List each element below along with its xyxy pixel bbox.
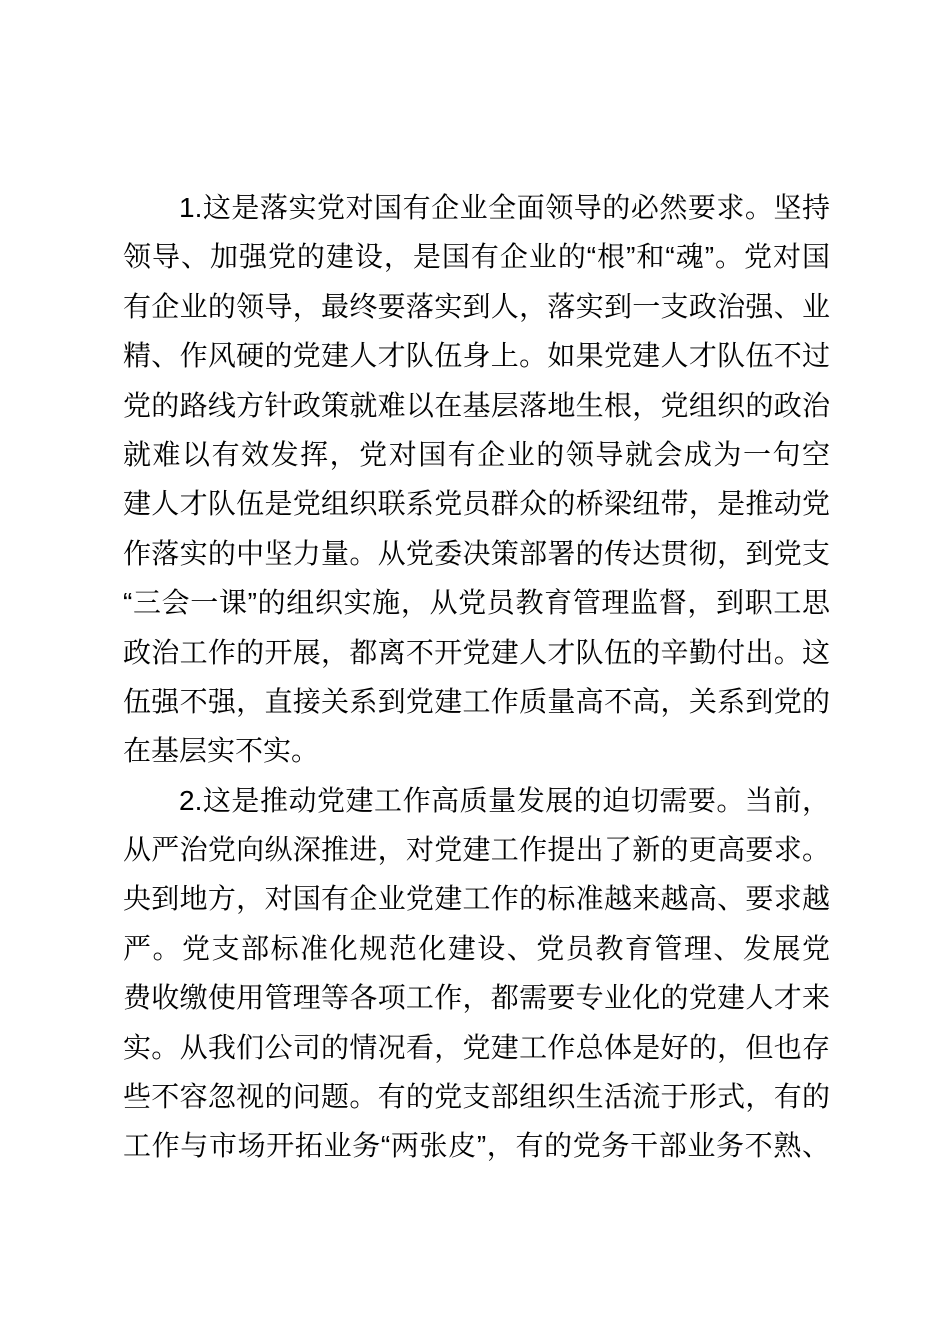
- text-line: 政治工作的开展，都离不开党建人才队伍的辛勤付出。这支队: [123, 628, 830, 677]
- text-line: 在基层实不实。: [123, 726, 830, 775]
- text-line: 央到地方，对国有企业党建工作的标准越来越高、要求越来越: [123, 874, 830, 923]
- text-line: “三会一课”的组织实施，从党员教育管理监督，到职工思想: [123, 578, 830, 627]
- text-line: 作落实的中坚力量。从党委决策部署的传达贯彻，到党支部: [123, 529, 830, 578]
- text-line: 从严治党向纵深推进，对党建工作提出了新的更高要求。从中: [123, 825, 830, 874]
- text-line: 精、作风硬的党建人才队伍身上。如果党建人才队伍不过硬，: [123, 331, 830, 380]
- text-line: 费收缴使用管理等各项工作，都需要专业化的党建人才来落: [123, 973, 830, 1022]
- text-line: 领导、加强党的建设，是国有企业的“根”和“魂”。党对国: [123, 232, 830, 281]
- text-line: 伍强不强，直接关系到党建工作质量高不高，关系到党的领导: [123, 677, 830, 726]
- text-line: 建人才队伍是党组织联系党员群众的桥梁纽带，是推动党建工: [123, 479, 830, 528]
- text-line: 党的路线方针政策就难以在基层落地生根，党组织的政治功能: [123, 381, 830, 430]
- text-line: 些不容忽视的问题。有的党支部组织生活流于形式，有的党建: [123, 1072, 830, 1121]
- text-line: 工作与市场开拓业务“两张皮”，有的党务干部业务不熟、能: [123, 1121, 830, 1170]
- document-body: 1.这是落实党对国有企业全面领导的必然要求。坚持党的领导、加强党的建设，是国有企…: [123, 183, 830, 1171]
- text-line: 2.这是推动党建工作高质量发展的迫切需要。当前，全面: [123, 776, 830, 825]
- document-page: 1.这是落实党对国有企业全面领导的必然要求。坚持党的领导、加强党的建设，是国有企…: [0, 0, 950, 1344]
- text-line: 有企业的领导，最终要落实到人，落实到一支政治强、业务: [123, 282, 830, 331]
- paragraph: 1.这是落实党对国有企业全面领导的必然要求。坚持党的领导、加强党的建设，是国有企…: [123, 183, 830, 776]
- text-line: 严。党支部标准化规范化建设、党员教育管理、发展党员、党: [123, 924, 830, 973]
- text-line: 就难以有效发挥，党对国有企业的领导就会成为一句空话。党: [123, 430, 830, 479]
- text-line: 实。从我们公司的情况看，党建工作总体是好的，但也存在一: [123, 1023, 830, 1072]
- text-line: 1.这是落实党对国有企业全面领导的必然要求。坚持党的: [123, 183, 830, 232]
- paragraph: 2.这是推动党建工作高质量发展的迫切需要。当前，全面从严治党向纵深推进，对党建工…: [123, 776, 830, 1171]
